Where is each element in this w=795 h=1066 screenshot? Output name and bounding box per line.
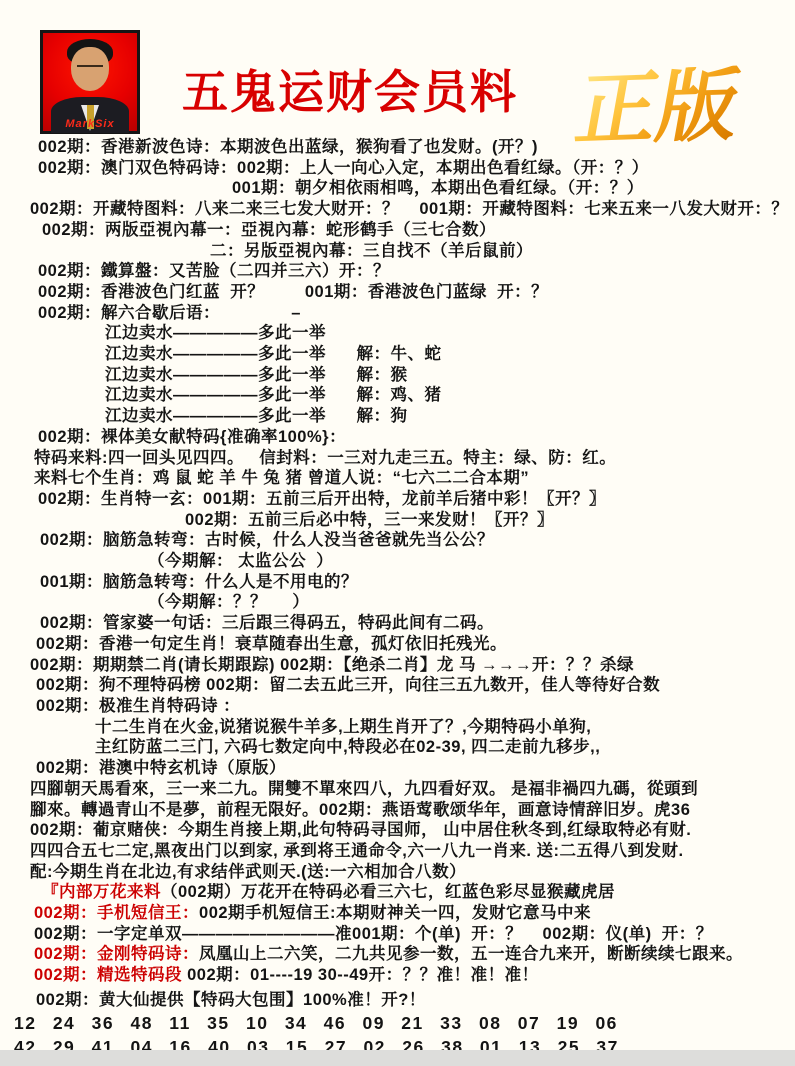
plain-text: 001期：脑筋急转弯：什么人是不用电的？ xyxy=(40,573,358,591)
bottom-strip xyxy=(0,1050,795,1066)
plain-text: 002期手机短信王:本期财神关一四，发财它意马中来 xyxy=(199,904,591,922)
plain-text: 江边卖水—————多此一举 解：猴 xyxy=(105,366,408,384)
plain-text: 江边卖水—————多此一举 解：狗 xyxy=(105,407,408,425)
plain-text: 江边卖水—————多此一举 解：牛、蛇 xyxy=(105,345,442,363)
text-line: 002期：管家婆一句话：三后跟三得码五，特码此间有二码。 xyxy=(0,613,795,634)
plain-text: 配:今期生肖在北边,有求结伴武则天.(送:一六相加合八数） xyxy=(30,863,466,881)
text-line: 江边卖水—————多此一举 解：猴 xyxy=(0,365,795,386)
plain-text: 002期：极准生肖特码诗 ： xyxy=(36,697,240,715)
photo-caption: MarkSix xyxy=(43,118,137,130)
plain-text: 二：另版亞視內幕：三自找不（羊后鼠前） xyxy=(210,242,533,260)
text-line: 002期：一字定单双—————————准001期：个(单) 开：？ 002期：仪… xyxy=(0,924,795,945)
plain-text: （今期解：？？ ） xyxy=(148,593,309,611)
text-line: 江边卖水—————多此一举 xyxy=(0,323,795,344)
text-line: 002期：香港波色门红蓝 开？ 001期：香港波色门蓝绿 开：？ xyxy=(0,282,795,303)
text-line: 江边卖水—————多此一举 解：鸡、猪 xyxy=(0,385,795,406)
plain-text: （002期）万花开在特码必看三六七，红蓝色彩尽显猴藏虎居 xyxy=(161,883,615,901)
plain-text: 十二生肖在火金,说猪说猴牛羊多,上期生肖开了？,今期特码小单狗, xyxy=(95,718,591,736)
text-line: 002期：五前三后必中特，三一来发财！〖开？〗 xyxy=(0,510,795,531)
text-line: 001期：脑筋急转弯：什么人是不用电的？ xyxy=(0,572,795,593)
plain-text: 002期：一字定单双—————————准001期：个(单) 开：？ 002期：仪… xyxy=(34,925,713,943)
text-line: 江边卖水—————多此一举 解：牛、蛇 xyxy=(0,344,795,365)
text-line: 来料七个生肖：鸡 鼠 蛇 羊 牛 兔 猪 曾道人说：“七六二二合本期” xyxy=(0,468,795,489)
text-lines: 002期：香港新波色诗：本期波色出蓝绿，猴狗看了也发财。(开？)002期：澳门双… xyxy=(0,137,795,1058)
text-line: 002期：葡京赌侠：今期生肖接上期,此句特码寻国师， 山中居住秋冬到,红绿取特必… xyxy=(0,820,795,841)
plain-text: 002期：生肖特一玄：001期：五前三后开出特，龙前羊后猪中彩！〖开？〗 xyxy=(38,490,606,508)
text-line: 二：另版亞視內幕：三自找不（羊后鼠前） xyxy=(0,241,795,262)
text-line: 002期：脑筋急转弯：古时候，什么人没当爸爸就先当公公？ xyxy=(0,530,795,551)
plain-text: 002期：黄大仙提供【特码大包围】100%准！开?！ xyxy=(36,991,426,1009)
plain-text: 002期：鐵算盤：又苦脸（二四并三六）开：？ xyxy=(38,262,390,280)
plain-text: 002期：港澳中特玄机诗（原版） xyxy=(36,759,286,777)
plain-text: 002期：解六合歇后语： – xyxy=(38,304,301,322)
plain-text: 002期：五前三后必中特，三一来发财！〖开？〗 xyxy=(185,511,554,529)
plain-text: （今期解： 太监公公 ） xyxy=(148,552,333,570)
plain-text: 002期：裸体美女献特码{准确率100%}： xyxy=(38,428,346,446)
text-line: 002期：期期禁二肖(请长期跟踪) 002期：【绝杀二肖】龙 马 →→→开：？？… xyxy=(0,655,795,676)
text-line: 江边卖水—————多此一举 解：狗 xyxy=(0,406,795,427)
plain-text: 12 24 36 48 11 35 10 34 46 09 21 33 08 0… xyxy=(14,1013,618,1033)
text-line: 002期：狗不理特码榜 002期：留二去五此三开，向往三五九数开，佳人等待好合数 xyxy=(0,675,795,696)
text-line: 12 24 36 48 11 35 10 34 46 09 21 33 08 0… xyxy=(0,1013,795,1034)
text-line: 002期：精选特码段 002期：01----19 30--49开：？？准！准！准… xyxy=(0,965,795,986)
plain-text: 江边卖水—————多此一举 解：鸡、猪 xyxy=(105,386,442,404)
plain-text: 002期：两版亞視內幕一：亞視內幕：蛇形鹤手（三七合数） xyxy=(42,221,496,239)
text-line: 十二生肖在火金,说猪说猴牛羊多,上期生肖开了？,今期特码小单狗, xyxy=(0,717,795,738)
plain-text: 江边卖水—————多此一举 xyxy=(105,324,326,342)
text-line: 002期：鐵算盤：又苦脸（二四并三六）开：？ xyxy=(0,261,795,282)
plain-text: 002期：香港波色门红蓝 开？ 001期：香港波色门蓝绿 开：？ xyxy=(38,283,548,301)
portrait-eyes xyxy=(77,65,103,70)
plain-text: 002期：脑筋急转弯：古时候，什么人没当爸爸就先当公公？ xyxy=(40,531,494,549)
plain-text: 来料七个生肖：鸡 鼠 蛇 羊 牛 兔 猪 曾道人说：“七六二二合本期” xyxy=(34,469,529,487)
plain-text: 腳來。轉過青山不是夢，前程无限好。002期：燕语莺歌颂华年，画意诗情辞旧岁。虎3… xyxy=(30,801,690,819)
plain-text: 002期：香港一句定生肖！衰草随春出生意，孤灯依旧托残光。 xyxy=(36,635,507,653)
tip-sheet-page: MarkSix 五鬼运财会员料 正版 002期：香港新波色诗：本期波色出蓝绿，猴… xyxy=(0,0,795,1066)
text-line: 腳來。轉過青山不是夢，前程无限好。002期：燕语莺歌颂华年，画意诗情辞旧岁。虎3… xyxy=(0,800,795,821)
text-line: 主红防蓝二三门, 六码七数定向中,特段必在02-39, 四二走前九移步,, xyxy=(0,737,795,758)
text-line: 002期：黄大仙提供【特码大包围】100%准！开?！ xyxy=(0,990,795,1011)
plain-text: 002期：01----19 30--49开：？？准！准！准！ xyxy=(182,966,539,984)
plain-text: 特码来料:四一回头见四四。 信封料：一三对九走三五。特主：绿、防：红。 xyxy=(34,449,616,467)
text-line: 002期：金刚特码诗：凤凰山上二六笑，二九共见参一数，五一连合九来开，断断续续七… xyxy=(0,944,795,965)
text-line: 四腳朝天馬看來，三一来二九。開雙不單來四八，九四看好双。 是福非禍四九碼，從頭到 xyxy=(0,779,795,800)
highlight-text: 『内部万花来料 xyxy=(42,883,161,901)
text-line: 002期：生肖特一玄：001期：五前三后开出特，龙前羊后猪中彩！〖开？〗 xyxy=(0,489,795,510)
highlight-text: 002期：手机短信王： xyxy=(34,904,199,922)
text-line: 002期：解六合歇后语： – xyxy=(0,303,795,324)
text-line: 002期：香港一句定生肖！衰草随春出生意，孤灯依旧托残光。 xyxy=(0,634,795,655)
text-line: 配:今期生肖在北边,有求结伴武则天.(送:一六相加合八数） xyxy=(0,862,795,883)
text-line: 002期：裸体美女献特码{准确率100%}： xyxy=(0,427,795,448)
text-line: 002期：开藏特图料：八来二来三七发大财开：？ 001期：开藏特图料：七来五来一… xyxy=(0,199,795,220)
plain-text: 002期：葡京赌侠：今期生肖接上期,此句特码寻国师， 山中居住秋冬到,红绿取特必… xyxy=(30,821,691,839)
text-line: 002期：澳门双色特码诗：002期：上人一向心入定，本期出色看红绿。（开：？） xyxy=(0,158,795,179)
plain-text: 凤凰山上二六笑，二九共见参一数，五一连合九来开，断断续续七跟来。 xyxy=(199,945,743,963)
plain-text: 002期：澳门双色特码诗：002期：上人一向心入定，本期出色看红绿。（开：？） xyxy=(38,159,649,177)
text-line: （今期解：？？ ） xyxy=(0,592,795,613)
plain-text: 002期：开藏特图料：八来二来三七发大财开：？ 001期：开藏特图料：七来五来一… xyxy=(30,200,788,218)
text-line: 四四合五七二定,黑夜出门以到家, 承到将王通命令,六一八九一肖来. 送:二五得八… xyxy=(0,841,795,862)
plain-text: 002期：管家婆一句话：三后跟三得码五，特码此间有二码。 xyxy=(40,614,494,632)
portrait-photo: MarkSix xyxy=(40,30,140,134)
text-line: 002期：港澳中特玄机诗（原版） xyxy=(0,758,795,779)
plain-text: 002期：狗不理特码榜 002期：留二去五此三开，向往三五九数开，佳人等待好合数 xyxy=(36,676,660,694)
plain-text: 主红防蓝二三门, 六码七数定向中,特段必在02-39, 四二走前九移步,, xyxy=(95,738,600,756)
text-line: 『内部万花来料（002期）万花开在特码必看三六七，红蓝色彩尽显猴藏虎居 xyxy=(0,882,795,903)
plain-text: 001期：朝夕相依雨相鸣，本期出色看红绿。（开：？） xyxy=(232,179,644,197)
text-line: 002期：极准生肖特码诗 ： xyxy=(0,696,795,717)
text-line: （今期解： 太监公公 ） xyxy=(0,551,795,572)
plain-text: 002期：香港新波色诗：本期波色出蓝绿，猴狗看了也发财。(开？) xyxy=(38,138,538,156)
page-title: 五鬼运财会员料 xyxy=(182,56,518,122)
plain-text: 四腳朝天馬看來，三一来二九。開雙不單來四八，九四看好双。 是福非禍四九碼，從頭到 xyxy=(30,780,698,798)
plain-text: 002期：期期禁二肖(请长期跟踪) 002期：【绝杀二肖】龙 马 →→→开：？？… xyxy=(30,656,634,674)
text-line: 002期：香港新波色诗：本期波色出蓝绿，猴狗看了也发财。(开？) xyxy=(0,137,795,158)
text-line: 002期：两版亞視內幕一：亞視內幕：蛇形鹤手（三七合数） xyxy=(0,220,795,241)
text-line: 特码来料:四一回头见四四。 信封料：一三对九走三五。特主：绿、防：红。 xyxy=(0,448,795,469)
highlight-text: 002期：精选特码段 xyxy=(34,966,182,984)
highlight-text: 002期：金刚特码诗： xyxy=(34,945,199,963)
text-line: 001期：朝夕相依雨相鸣，本期出色看红绿。（开：？） xyxy=(0,178,795,199)
plain-text: 四四合五七二定,黑夜出门以到家, 承到将王通命令,六一八九一肖来. 送:二五得八… xyxy=(30,842,684,860)
text-line: 002期：手机短信王：002期手机短信王:本期财神关一四，发财它意马中来 xyxy=(0,903,795,924)
